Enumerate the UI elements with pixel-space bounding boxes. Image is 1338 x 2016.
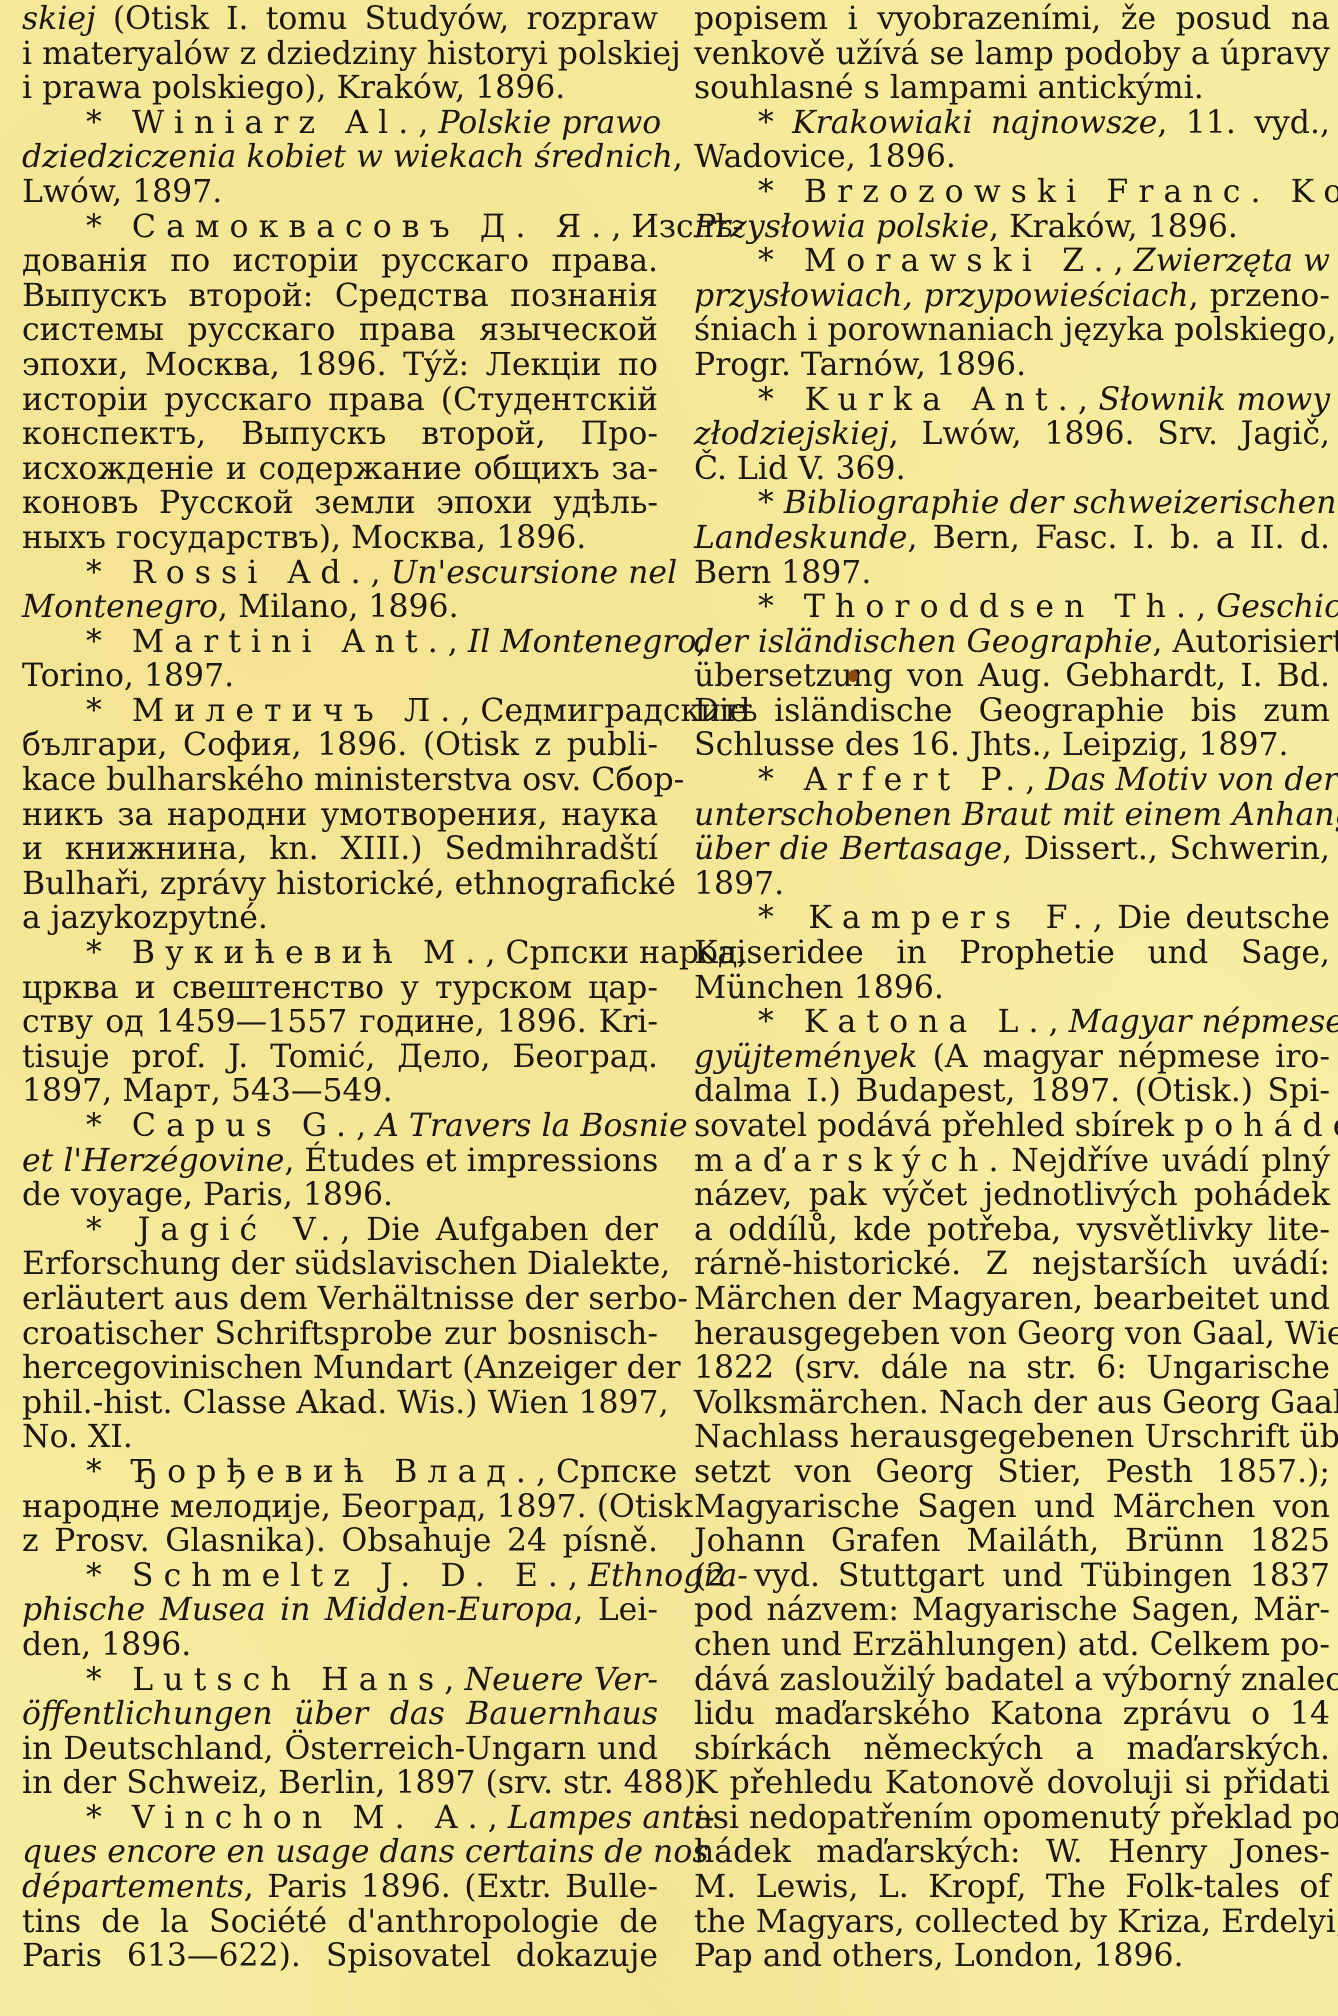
work-title: złodziejskiej	[694, 416, 889, 452]
work-title: Das Motiv von der	[1045, 762, 1338, 798]
bib-entry-samokvasov: * Самоквасовъ Д. Я., Изслѣ- дованія по и…	[22, 210, 658, 556]
work-title: Bibliographie der schweizerischen	[784, 485, 1337, 521]
work-title: gyüjtemények	[694, 1039, 918, 1075]
work-title: Polskie prawo	[438, 105, 661, 141]
work-title: phische Musea in Midden-Europa	[22, 1592, 573, 1628]
author-name: * Capus G.	[86, 1108, 356, 1144]
work-title: Montenegro	[22, 589, 218, 625]
author-name: * Jagić V.	[86, 1212, 340, 1248]
author-name: * Lutsch Hans	[86, 1662, 444, 1698]
author-name: * Arfert P.	[758, 762, 1025, 798]
work-title: Neuere Ver-	[465, 1662, 658, 1698]
work-title: Krakowiaki najnowsze	[792, 105, 1157, 141]
work-title: dziedziczenia kobiet w wiekach średnich	[22, 139, 673, 175]
bib-entry-thoroddsen: * Thoroddsen Th., Geschichte der isländi…	[694, 590, 1330, 763]
bib-entry-krakowiaki: * Krakowiaki najnowsze, 11. vyd., Wadovi…	[694, 106, 1330, 175]
author-name: * Martini Ant.	[86, 624, 448, 660]
work-title: przysłowiach, przypowieściach	[694, 278, 1189, 314]
text-line: popisem i vyobrazeními, že posud na	[694, 2, 1330, 37]
bib-entry-kampers: * Kampers F., Die deutsche Kaiseridee in…	[694, 901, 1330, 1005]
bib-entry-jagic: * Jagić V., Die Aufgaben der Erforschung…	[22, 1213, 658, 1455]
author-name: * Brzozowski Franc. Korab	[758, 174, 1338, 210]
work-title: öffentlichungen über das Bauernhaus	[22, 1696, 658, 1732]
bib-entry-capus: * Capus G., A Travers la Bosnie et l'Her…	[22, 1109, 658, 1213]
bib-entry-kurka: * Kurka Ant., Słownik mowy złodziejskiej…	[694, 383, 1330, 487]
bib-entry-djordjevic: * Ђорђевић Влад., Српске народне мелодиј…	[22, 1455, 658, 1559]
work-title: Słownik mowy	[1099, 382, 1330, 418]
bib-entry-vukicevic: * Вукићевић М., Српски народ, црква и св…	[22, 936, 658, 1109]
bib-entry-schmeltz: * Schmeltz J. D. E., Ethnogra- phische M…	[22, 1559, 658, 1663]
text-line: i materyalów z dziedziny historyi polski…	[22, 37, 658, 72]
author-name: * Schmeltz J. D. E.	[86, 1558, 568, 1594]
work-title: unterschobenen Braut mit einem Anhang	[694, 797, 1338, 833]
work-title: Il Montenegro	[468, 624, 696, 660]
work-title: départements	[22, 1869, 244, 1905]
bib-entry-miletich: * Милетичъ Л., Седмиградскитѣ българи, С…	[22, 694, 658, 936]
author-name: * Morawski Z.	[758, 243, 1114, 279]
author-name: * Katona L.	[758, 1004, 1049, 1040]
work-title: der isländischen Geographie	[694, 624, 1152, 660]
author-name: * Winiarz Al.	[86, 105, 418, 141]
ink-stain	[848, 670, 858, 682]
work-title: Przysłowia polskie	[694, 209, 989, 245]
author-name: * Kurka Ant.	[758, 382, 1078, 418]
left-column: skiej (Otisk I. tomu Studyów, rozpraw i …	[22, 2, 658, 2016]
bib-entry-martini: * Martini Ant., Il Montenegro, Torino, 1…	[22, 625, 658, 694]
bib-entry-bibliographie: * Bibliographie der schweizerischen Land…	[694, 486, 1330, 590]
text-line: venkově užívá se lamp podoby a úpravy	[694, 37, 1330, 72]
right-column: popisem i vyobrazeními, že posud na venk…	[694, 2, 1330, 2016]
work-title: Magyar népmese-	[1069, 1004, 1338, 1040]
work-title: Geschichte	[1216, 589, 1338, 625]
bib-entry-morawski: * Morawski Z., Zwierzęta w przysłowiach,…	[694, 244, 1330, 382]
bib-entry-winiarz: * Winiarz Al., Polskie prawo dziedziczen…	[22, 106, 658, 210]
author-name: * Вукићевић М.	[86, 935, 485, 971]
text-line: skiej (Otisk I. tomu Studyów, rozpraw	[22, 2, 658, 37]
bib-entry-lutsch: * Lutsch Hans, Neuere Ver- öffentlichung…	[22, 1663, 658, 1801]
bib-entry-rossi: * Rossi Ad., Un'escursione nel Montenegr…	[22, 556, 658, 625]
author-name: * Ђорђевић Влад.	[86, 1454, 536, 1490]
bib-entry-vinchon: * Vinchon M. A., Lampes anti- ques encor…	[22, 1801, 658, 1974]
work-title: Un'escursione nel	[391, 555, 677, 591]
text-line: souhlasné s lampami antickými.	[694, 71, 1330, 106]
document-page: skiej (Otisk I. tomu Studyów, rozpraw i …	[0, 0, 1338, 2016]
bib-entry-brzozowski: * Brzozowski Franc. Korab, Przysłowia po…	[694, 175, 1330, 244]
author-name: * Kampers F.	[758, 900, 1093, 936]
work-title: A Travers la Bosnie	[376, 1108, 687, 1144]
work-title: et l'Herzégovine	[22, 1143, 284, 1179]
author-name: * Thoroddsen Th.	[758, 589, 1196, 625]
bib-entry-arfert: * Arfert P., Das Motiv von der unterscho…	[694, 763, 1330, 901]
author-name: * Vinchon M. A.	[86, 1800, 488, 1836]
author-name: * Милетичъ Л.	[86, 693, 460, 729]
work-title: Landeskunde	[694, 520, 907, 556]
work-title: ques encore en usage dans certains de no…	[22, 1834, 708, 1870]
work-title: über die Bertasage	[694, 831, 1002, 867]
author-name: * Rossi Ad.	[86, 555, 371, 591]
bib-entry-katona: * Katona L., Magyar népmese- gyüjteménye…	[694, 1005, 1330, 1974]
work-title: Zwierzęta w	[1134, 243, 1330, 279]
author-name: * Самоквасовъ Д. Я.	[86, 209, 611, 245]
work-title: Lampes anti-	[508, 1800, 715, 1836]
text-line: i prawa polskiego), Kraków, 1896.	[22, 71, 658, 106]
